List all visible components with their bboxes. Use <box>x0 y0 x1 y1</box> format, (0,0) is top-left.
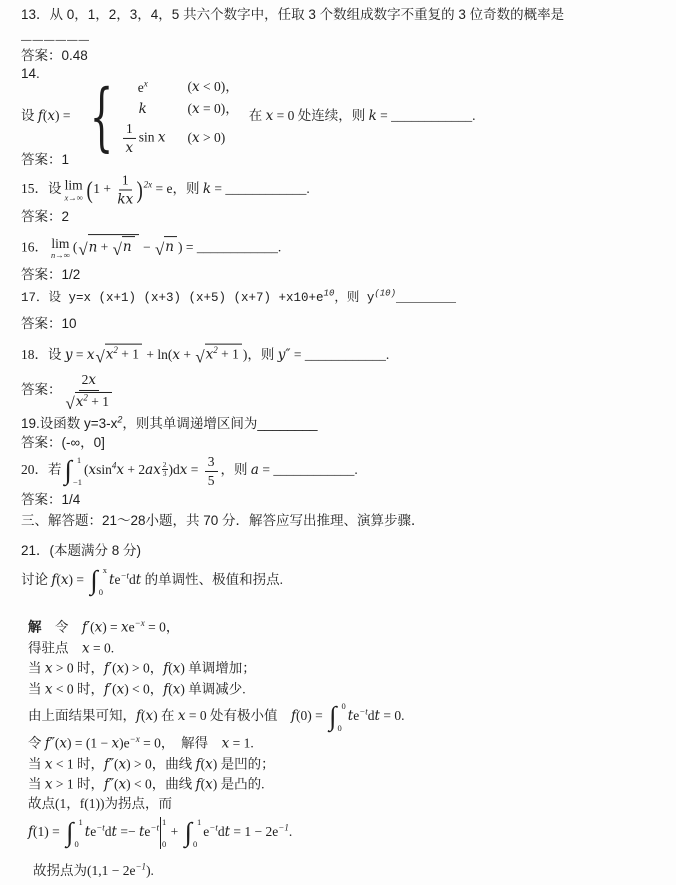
q19-text: 19.设函数 y=3-x2，则其单调递增区间为________ <box>21 415 318 433</box>
math-var: x <box>192 100 200 116</box>
integral: 1−1 <box>64 456 82 486</box>
q18-answer: 答案：2xx2 + 1 <box>21 372 116 410</box>
text-run: ____________ <box>273 462 354 477</box>
sol-4: 当 x < 0 时，f′(x) < 0，f(x) 单调减少. <box>28 681 246 700</box>
text-run: 16． <box>21 240 48 255</box>
math-var: kx <box>117 191 133 207</box>
superscript: −t <box>120 571 129 581</box>
q21-text: 讨论 f(x) = x0te−tdt 的单调性、极值和拐点. <box>21 566 283 596</box>
bold-text-run: 解 <box>28 620 42 635</box>
fraction: 35 <box>205 454 218 488</box>
text-run: ________ <box>396 291 456 305</box>
limit-subscript: n→∞ <box>51 251 70 260</box>
text-run: ，则其单调递增区间为________ <box>122 416 317 431</box>
text-run: 1 <box>122 172 129 187</box>
bar-limits: 10 <box>161 817 166 849</box>
integral-limits: 10 <box>193 818 201 848</box>
text-run: ____________ <box>225 181 306 196</box>
upper-limit: 1 <box>197 818 201 827</box>
text-run: —————— <box>21 34 90 46</box>
text-run: 在 <box>249 108 266 123</box>
text-run: ) = <box>102 620 121 635</box>
sol-6: 令 f″(x) = (1 − x)e−x = 0， 解得 x = 1. <box>28 735 254 754</box>
q14-answer: 答案：1 <box>21 151 69 169</box>
math-var: x <box>59 736 67 752</box>
q20-answer: 答案：1/4 <box>21 491 80 509</box>
fraction: 2xx2 + 1 <box>65 372 114 410</box>
radical: n <box>113 236 135 257</box>
text-run: 21．(本题满分 8 分) <box>21 543 141 558</box>
math-var: f′ <box>82 620 90 636</box>
math-var: k <box>203 181 211 197</box>
math-var: x <box>126 140 134 156</box>
text-run: 20．若 <box>21 462 62 477</box>
text-run: 由上面结果可知， <box>28 708 136 723</box>
q13-answer: 答案：0.48 <box>21 47 88 65</box>
text-run: + 1 <box>218 347 239 362</box>
denominator: x2 + 1 <box>65 391 114 411</box>
radicand: n <box>122 236 135 257</box>
math-var: x <box>112 736 120 752</box>
math-var: x <box>192 130 200 146</box>
math-var: x <box>158 130 166 146</box>
limit-subscript: x→∞ <box>65 193 83 202</box>
superscript: −x <box>135 618 145 628</box>
numerator: 3 <box>205 454 218 472</box>
text-run: d <box>368 708 375 723</box>
numerator: 1 <box>123 121 136 139</box>
text-run: 答案：1/4 <box>21 492 80 507</box>
text-run: > 0) <box>200 130 226 145</box>
math-var: ax <box>145 462 161 478</box>
radical: n + n <box>78 234 138 257</box>
math-var: n <box>165 239 174 255</box>
sol-1: 解 令 f′(x) = xe−x = 0， <box>28 619 179 638</box>
math-var: x <box>192 79 200 95</box>
math-var: x <box>45 661 53 677</box>
integral-limits: 1−1 <box>73 456 82 486</box>
math-var: x <box>172 347 180 363</box>
superscript: −t <box>359 707 368 717</box>
text-run: 5 <box>208 473 215 488</box>
text-run: 讨论 <box>21 572 51 587</box>
text-run: ). <box>146 863 154 878</box>
integral: x0 <box>89 566 107 596</box>
section3-header: 三、解答题：21～28小题，共 70 分．解答应写出推理、演算步骤． <box>21 512 425 530</box>
math-var: f′ <box>104 682 112 698</box>
document-page: 13．从 0，1，2，3，4，5 共六个数字中，任取 3 个数组成数字不重复的 … <box>0 0 676 885</box>
math-var: x <box>87 347 95 363</box>
radicand: n <box>164 236 177 257</box>
sol-10: f(1) = 10te−tdt =− te−t10 + 10e−tdt = 1 … <box>28 817 292 849</box>
math-var: f″ <box>104 757 114 773</box>
q17-text: 17．设 y=x (x+1) (x+3) (x+5) (x+7) +x10+e1… <box>21 290 456 306</box>
q14-formula: 设 f(x) = ex(x < 0)，k(x = 0)，1xsin x(x > … <box>21 78 476 156</box>
sol-2: 得驻点 x = 0. <box>28 640 114 659</box>
integral: 10 <box>184 818 202 848</box>
math-var: x <box>45 682 53 698</box>
lower-limit: 0 <box>99 588 107 597</box>
math-var: n <box>123 239 132 255</box>
text-run: 15．设 <box>21 181 62 196</box>
text-run: ) = <box>55 108 74 123</box>
text-run: ) > 0，曲线 <box>126 757 195 772</box>
evaluation-bar: 10 <box>160 817 166 849</box>
text-run: 17．设 y=x (x+1) (x+3) (x+5) (x+7) +x10+e <box>21 291 324 305</box>
upper-limit: x <box>103 566 107 575</box>
math-var: k <box>139 100 147 116</box>
text-run: 3 <box>208 454 215 469</box>
text-run: )，则 <box>243 347 278 362</box>
text-run: < 0)， <box>200 79 239 94</box>
math-var: x <box>82 641 90 657</box>
big-paren: ( <box>86 180 92 200</box>
math-var: a <box>251 462 259 478</box>
radicand: x2 + 1 <box>205 344 242 365</box>
sol-7: 当 x < 1 时，f″(x) > 0，曲线 f(x) 是凹的； <box>28 756 275 775</box>
integral: 10 <box>65 818 83 848</box>
text-run: 当 <box>28 661 45 676</box>
text-run: 三、解答题：21～28小题，共 70 分．解答应写出推理、演算步骤． <box>21 513 425 528</box>
limit-operator: limx→∞ <box>65 179 83 202</box>
text-run: = 1 − 2e <box>230 824 278 839</box>
text-run: 故拐点为(1,1 − 2e <box>33 863 135 878</box>
text-run: ) 是凹的； <box>213 757 275 772</box>
text-run: = 0. <box>380 708 405 723</box>
q15-answer: 答案：2 <box>21 208 69 226</box>
text-run: = 0)， <box>200 100 239 115</box>
text-run: 13．从 0，1，2，3，4，5 共六个数字中，任取 3 个数组成数字不重复的 … <box>21 7 564 22</box>
case-cell: (x < 0)， <box>187 78 238 97</box>
text-run: = <box>290 347 304 362</box>
text-run: = <box>377 108 391 123</box>
superscript: −x <box>130 734 140 744</box>
text-run: )d <box>169 462 180 477</box>
lower-limit: 0 <box>338 724 346 733</box>
text-run: 的单调性、极值和拐点. <box>141 572 283 587</box>
q16-formula: 16．limn→∞(n + n − n) = ____________. <box>21 234 281 260</box>
text-run: ( <box>73 240 78 255</box>
q21-label: 21．(本题满分 8 分) <box>21 542 141 560</box>
math-var: x <box>45 777 53 793</box>
text-run: 当 <box>28 757 45 772</box>
text-run: sin <box>139 130 158 145</box>
text-run: 答案：10 <box>21 316 77 331</box>
text-run: + 1 <box>118 347 139 362</box>
math-var: x <box>45 757 53 773</box>
fraction: 1kx <box>117 172 133 207</box>
superscript: (10) <box>374 289 396 299</box>
text-run: 答案： <box>21 382 62 397</box>
text-run: < 0 时， <box>53 682 105 697</box>
q20-formula: 20．若1−1(xsin4x + 2ax23)dx = 35，则 a = ___… <box>21 454 358 488</box>
math-var: x <box>88 462 96 478</box>
q19-answer: 答案：(-∞，0] <box>21 434 105 452</box>
text-run: . <box>386 347 389 362</box>
superscript: −t <box>150 823 159 833</box>
text-run: = 0 处连续，则 <box>273 108 368 123</box>
limit-name: lim <box>51 237 69 251</box>
numerator: 2x <box>79 372 99 391</box>
q13-text: 13．从 0，1，2，3，4，5 共六个数字中，任取 3 个数组成数字不重复的 … <box>21 6 564 24</box>
radicand: x2 + 1 <box>105 344 142 365</box>
lower-limit: 0 <box>162 840 166 849</box>
sol-3: 当 x > 0 时，f′(x) > 0，f(x) 单调增加； <box>28 660 256 679</box>
math-var: x <box>47 108 55 124</box>
q16-answer: 答案：1/2 <box>21 266 80 284</box>
text-run: = 0， 解得 <box>140 736 222 751</box>
sol-9: 故点(1，f(1))为拐点，而 <box>28 795 172 813</box>
text-run: 答案：0.48 <box>21 48 88 63</box>
lower-limit: −1 <box>73 478 82 487</box>
text-run: 答案：(-∞，0] <box>21 435 105 450</box>
q15-formula: 15．设limx→∞(1 + 1kx)2x = e，则 k = ________… <box>21 172 310 207</box>
text-run: + <box>97 239 111 254</box>
text-run: . <box>289 824 292 839</box>
text-run: + ln( <box>143 347 172 362</box>
q18-formula: 18．设 y = xx2 + 1 + ln(x + x2 + 1)，则 y″ =… <box>21 344 389 365</box>
math-var: x <box>121 620 129 636</box>
q17-answer: 答案：10 <box>21 315 77 333</box>
sol-11: 故拐点为(1,1 − 2e−1). <box>33 862 154 880</box>
text-run: ) 单调增加； <box>180 661 255 676</box>
upper-limit: 0 <box>342 702 346 711</box>
text-run: + 2 <box>124 462 145 477</box>
sol-5: 由上面结果可知，f(x) 在 x = 0 处有极小值 f(0) = 00te−t… <box>28 702 404 732</box>
text-run: . <box>278 240 281 255</box>
limit-name: lim <box>65 179 83 193</box>
math-var: f′ <box>104 661 112 677</box>
text-run: = <box>259 462 273 477</box>
upper-limit: 1 <box>77 456 82 465</box>
superscript: 10 <box>324 289 335 299</box>
text-run: =− <box>117 824 139 839</box>
text-run: ) = <box>69 572 88 587</box>
text-run: ) > 0， <box>124 661 163 676</box>
radical: x2 + 1 <box>195 344 242 365</box>
fraction: 1x <box>123 121 136 156</box>
radicand: n + n <box>88 234 139 257</box>
text-run: = 0. <box>90 641 115 656</box>
text-run: ) < 0，曲线 <box>126 777 195 792</box>
numerator: 1 <box>119 172 132 190</box>
big-paren: ) <box>137 180 143 200</box>
superscript: x <box>144 78 148 88</box>
math-var: x <box>116 462 124 478</box>
text-run: . <box>472 108 475 123</box>
text-run: 令 <box>28 736 45 751</box>
lower-limit: 0 <box>75 840 83 849</box>
q13-blank: —————— <box>21 34 90 48</box>
text-run: ) < 0， <box>124 682 163 697</box>
radical: n <box>155 236 177 257</box>
superscript: −1 <box>135 862 146 872</box>
text-run: ____________ <box>197 240 278 255</box>
math-var: y″ <box>278 347 291 363</box>
text-run: 1 + <box>93 181 114 196</box>
text-run: 答案：2 <box>21 209 69 224</box>
text-run: = <box>73 347 87 362</box>
text-run: 当 <box>28 682 45 697</box>
superscript-fraction: 23 <box>162 461 168 479</box>
text-run: 故点(1，f(1))为拐点，而 <box>28 796 172 811</box>
math-var: x <box>61 572 69 588</box>
text-run: 答案：1 <box>21 152 69 167</box>
text-run: 答案：1/2 <box>21 267 80 282</box>
text-run: ) = (1 − <box>67 736 111 751</box>
text-run: d <box>129 572 136 587</box>
text-run: (1) = <box>33 824 63 839</box>
text-run: ____________ <box>391 108 472 123</box>
superscript: −t <box>209 823 218 833</box>
limit-operator: limn→∞ <box>51 237 70 260</box>
math-var: x <box>205 777 213 793</box>
text-run: < 1 时， <box>53 757 105 772</box>
denominator: kx <box>117 190 133 208</box>
math-var: f″ <box>45 736 55 752</box>
text-run: − <box>140 240 154 255</box>
text-run: 当 <box>28 777 45 792</box>
case-cell: (x > 0) <box>187 129 225 148</box>
denominator: 3 <box>163 470 167 478</box>
text-run: ____________ <box>305 347 386 362</box>
text-run: 1 <box>126 121 133 136</box>
text-run: sin <box>96 462 112 477</box>
text-run: = <box>187 462 201 477</box>
text-run: 19.设函数 y=3-x <box>21 416 117 431</box>
upper-limit: 1 <box>79 818 83 827</box>
text-run: ) 在 <box>153 708 178 723</box>
superscript: −t <box>96 823 105 833</box>
math-var: x <box>178 708 186 724</box>
integral-limits: 10 <box>75 818 83 848</box>
integral: 00 <box>328 702 346 732</box>
case-cell: k <box>139 99 147 118</box>
math-var: x <box>88 372 96 388</box>
sol-8: 当 x > 1 时，f″(x) < 0，曲线 f(x) 是凸的. <box>28 776 265 795</box>
radical: x2 + 1 <box>66 392 113 411</box>
math-var: n <box>89 239 98 255</box>
text-run: ) = <box>178 240 197 255</box>
case-cell: ex <box>138 78 148 96</box>
text-run: + <box>167 824 181 839</box>
math-var: x <box>205 757 213 773</box>
text-run: = e，则 <box>152 181 203 196</box>
cases-rows: ex(x < 0)，k(x = 0)，1xsin x(x > 0) <box>120 78 239 156</box>
integral-limits: 00 <box>338 702 346 732</box>
text-run: . <box>306 181 309 196</box>
text-run: 18．设 <box>21 347 65 362</box>
superscript: −1 <box>278 823 289 833</box>
text-run: ) 是凸的. <box>213 777 265 792</box>
piecewise-cases: ex(x < 0)，k(x = 0)，1xsin x(x > 0) <box>78 78 245 156</box>
text-run: > 0 时， <box>53 661 105 676</box>
text-run: ，则 y <box>334 291 374 305</box>
integral-limits: x0 <box>99 566 107 596</box>
case-cell: (x = 0)， <box>187 99 238 118</box>
text-run: = 0， <box>145 620 180 635</box>
math-var: x <box>146 708 154 724</box>
radical: x2 + 1 <box>96 344 143 365</box>
text-run: 设 <box>21 108 38 123</box>
text-run: d <box>105 824 112 839</box>
text-run: ，则 <box>221 462 251 477</box>
upper-limit: 1 <box>162 818 166 827</box>
text-run: = 1. <box>229 736 254 751</box>
text-run: d <box>218 824 225 839</box>
text-run: . <box>354 462 357 477</box>
text-run: )e <box>119 736 130 751</box>
lower-limit: 0 <box>193 840 201 849</box>
text-run: ) 单调减少. <box>180 682 245 697</box>
text-run: = 0 处有极小值 <box>186 708 292 723</box>
text-run: + <box>180 347 194 362</box>
superscript: 2x <box>144 180 153 190</box>
text-run: (0) = <box>296 708 326 723</box>
denominator: 5 <box>208 472 215 489</box>
text-run: = <box>211 181 225 196</box>
text-run: 令 <box>42 620 83 635</box>
text-run: > 1 时， <box>53 777 105 792</box>
math-var: k <box>369 108 377 124</box>
denominator: x <box>126 139 134 157</box>
text-run: + 1 <box>88 394 109 409</box>
text-run: 得驻点 <box>28 641 82 656</box>
math-var: f″ <box>104 777 114 793</box>
case-cell: 1xsin x <box>120 121 166 156</box>
math-var: y <box>65 347 73 363</box>
radicand: x2 + 1 <box>75 392 112 411</box>
